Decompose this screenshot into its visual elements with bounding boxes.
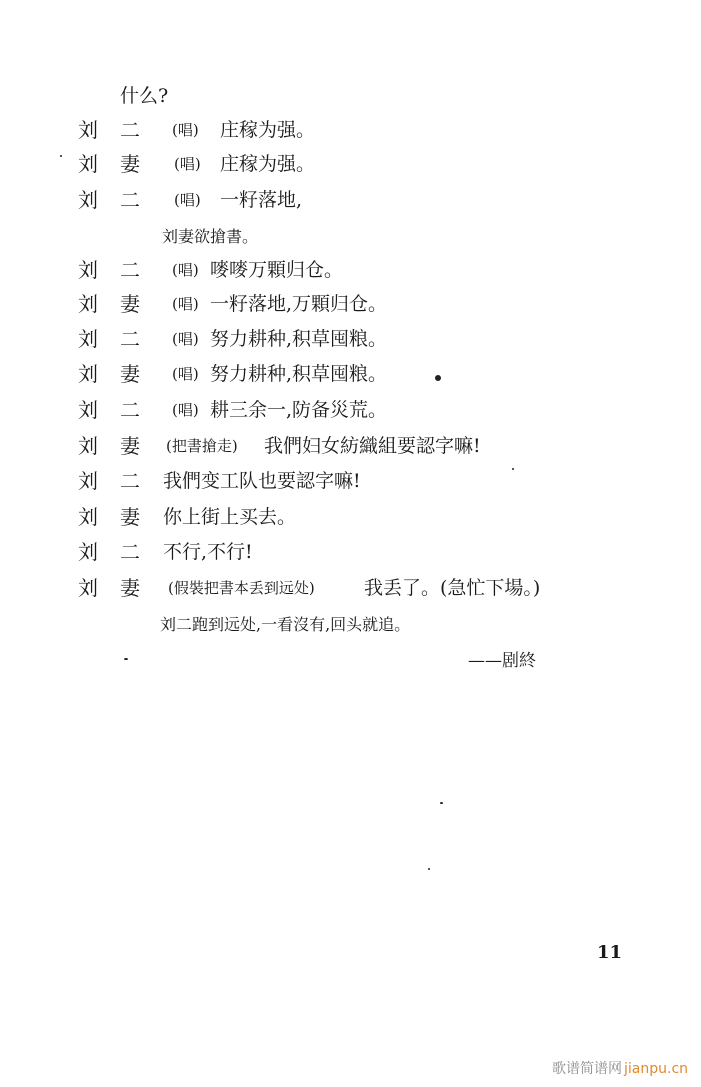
speaker-name: 二: [120, 258, 140, 282]
dialogue-text: 庄稼为强。: [220, 152, 315, 176]
watermark-cn: 歌谱简谱网: [552, 1061, 622, 1077]
dialogue-text: 努力耕种,积草囤粮。: [210, 327, 387, 351]
speaker-name: 妻: [120, 434, 140, 458]
stage-annotation: (唱): [172, 292, 199, 316]
stage-annotation: (唱): [172, 398, 199, 422]
speaker-surname: 刘: [78, 152, 98, 176]
dialogue-text: 努力耕种,积草囤粮。: [210, 362, 387, 386]
dialogue-text: 庄稼为强。: [220, 118, 315, 142]
watermark: 歌谱简谱网jianpu.cn: [552, 1058, 688, 1078]
speaker-name: 二: [120, 188, 140, 212]
stage-direction: 刘妻欲搶書。: [162, 224, 258, 247]
speaker-name: 妻: [120, 576, 140, 600]
speaker-name: 二: [120, 118, 140, 142]
stage-annotation: (把書搶走): [166, 434, 238, 458]
speaker-name: 妻: [120, 362, 140, 386]
ink-speck: [435, 375, 441, 381]
watermark-url: jianpu.cn: [624, 1061, 688, 1077]
speaker-name: 二: [120, 398, 140, 422]
ink-speck: [440, 802, 443, 804]
dialogue-text: 嘜嘜万顆归仓。: [210, 258, 343, 282]
dialogue-text: 你上街上买去。: [163, 505, 296, 529]
stage-annotation: (唱): [172, 362, 199, 386]
speaker-surname: 刘: [78, 505, 98, 529]
ink-speck: [428, 868, 430, 870]
speaker-name: 二: [120, 469, 140, 493]
dialogue-text: 我丢了。(急忙下場。): [364, 576, 540, 600]
first-line: 什么?: [120, 84, 168, 108]
speaker-surname: 刘: [78, 469, 98, 493]
speaker-surname: 刘: [78, 118, 98, 142]
stage-annotation: (唱): [172, 258, 199, 282]
speaker-surname: 刘: [78, 434, 98, 458]
speaker-surname: 刘: [78, 362, 98, 386]
speaker-surname: 刘: [78, 398, 98, 422]
speaker-name: 妻: [120, 505, 140, 529]
dialogue-text: 我們妇女紡織組要認字嘛!: [264, 434, 481, 458]
speaker-surname: 刘: [78, 327, 98, 351]
speaker-surname: 刘: [78, 292, 98, 316]
speaker-surname: 刘: [78, 576, 98, 600]
stage-annotation: (唱): [174, 152, 201, 176]
dialogue-text: 一籽落地,: [220, 188, 302, 212]
stage-annotation: (唱): [172, 118, 199, 142]
speaker-surname: 刘: [78, 188, 98, 212]
dialogue-text: 一籽落地,万顆归仓。: [210, 292, 387, 316]
stage-annotation: (假裝把書本丢到远处): [168, 576, 315, 600]
speaker-name: 二: [120, 540, 140, 564]
ink-speck: [124, 658, 128, 660]
speaker-name: 妻: [120, 292, 140, 316]
ink-speck: [60, 155, 62, 157]
ink-speck: [512, 468, 514, 470]
speaker-surname: 刘: [78, 258, 98, 282]
stage-annotation: (唱): [172, 327, 199, 351]
speaker-surname: 刘: [78, 540, 98, 564]
speaker-name: 二: [120, 327, 140, 351]
stage-direction: 刘二跑到远处,一看沒有,回头就追。: [160, 612, 410, 635]
dialogue-text: 耕三余一,防备災荒。: [210, 398, 387, 422]
stage-annotation: (唱): [174, 188, 201, 212]
dialogue-text: 我們变工队也要認字嘛!: [163, 469, 361, 493]
play-ending: ——剧終: [468, 646, 536, 671]
dialogue-text: 不行,不行!: [163, 540, 253, 564]
speaker-name: 妻: [120, 152, 140, 176]
page-number: 11: [597, 942, 622, 963]
